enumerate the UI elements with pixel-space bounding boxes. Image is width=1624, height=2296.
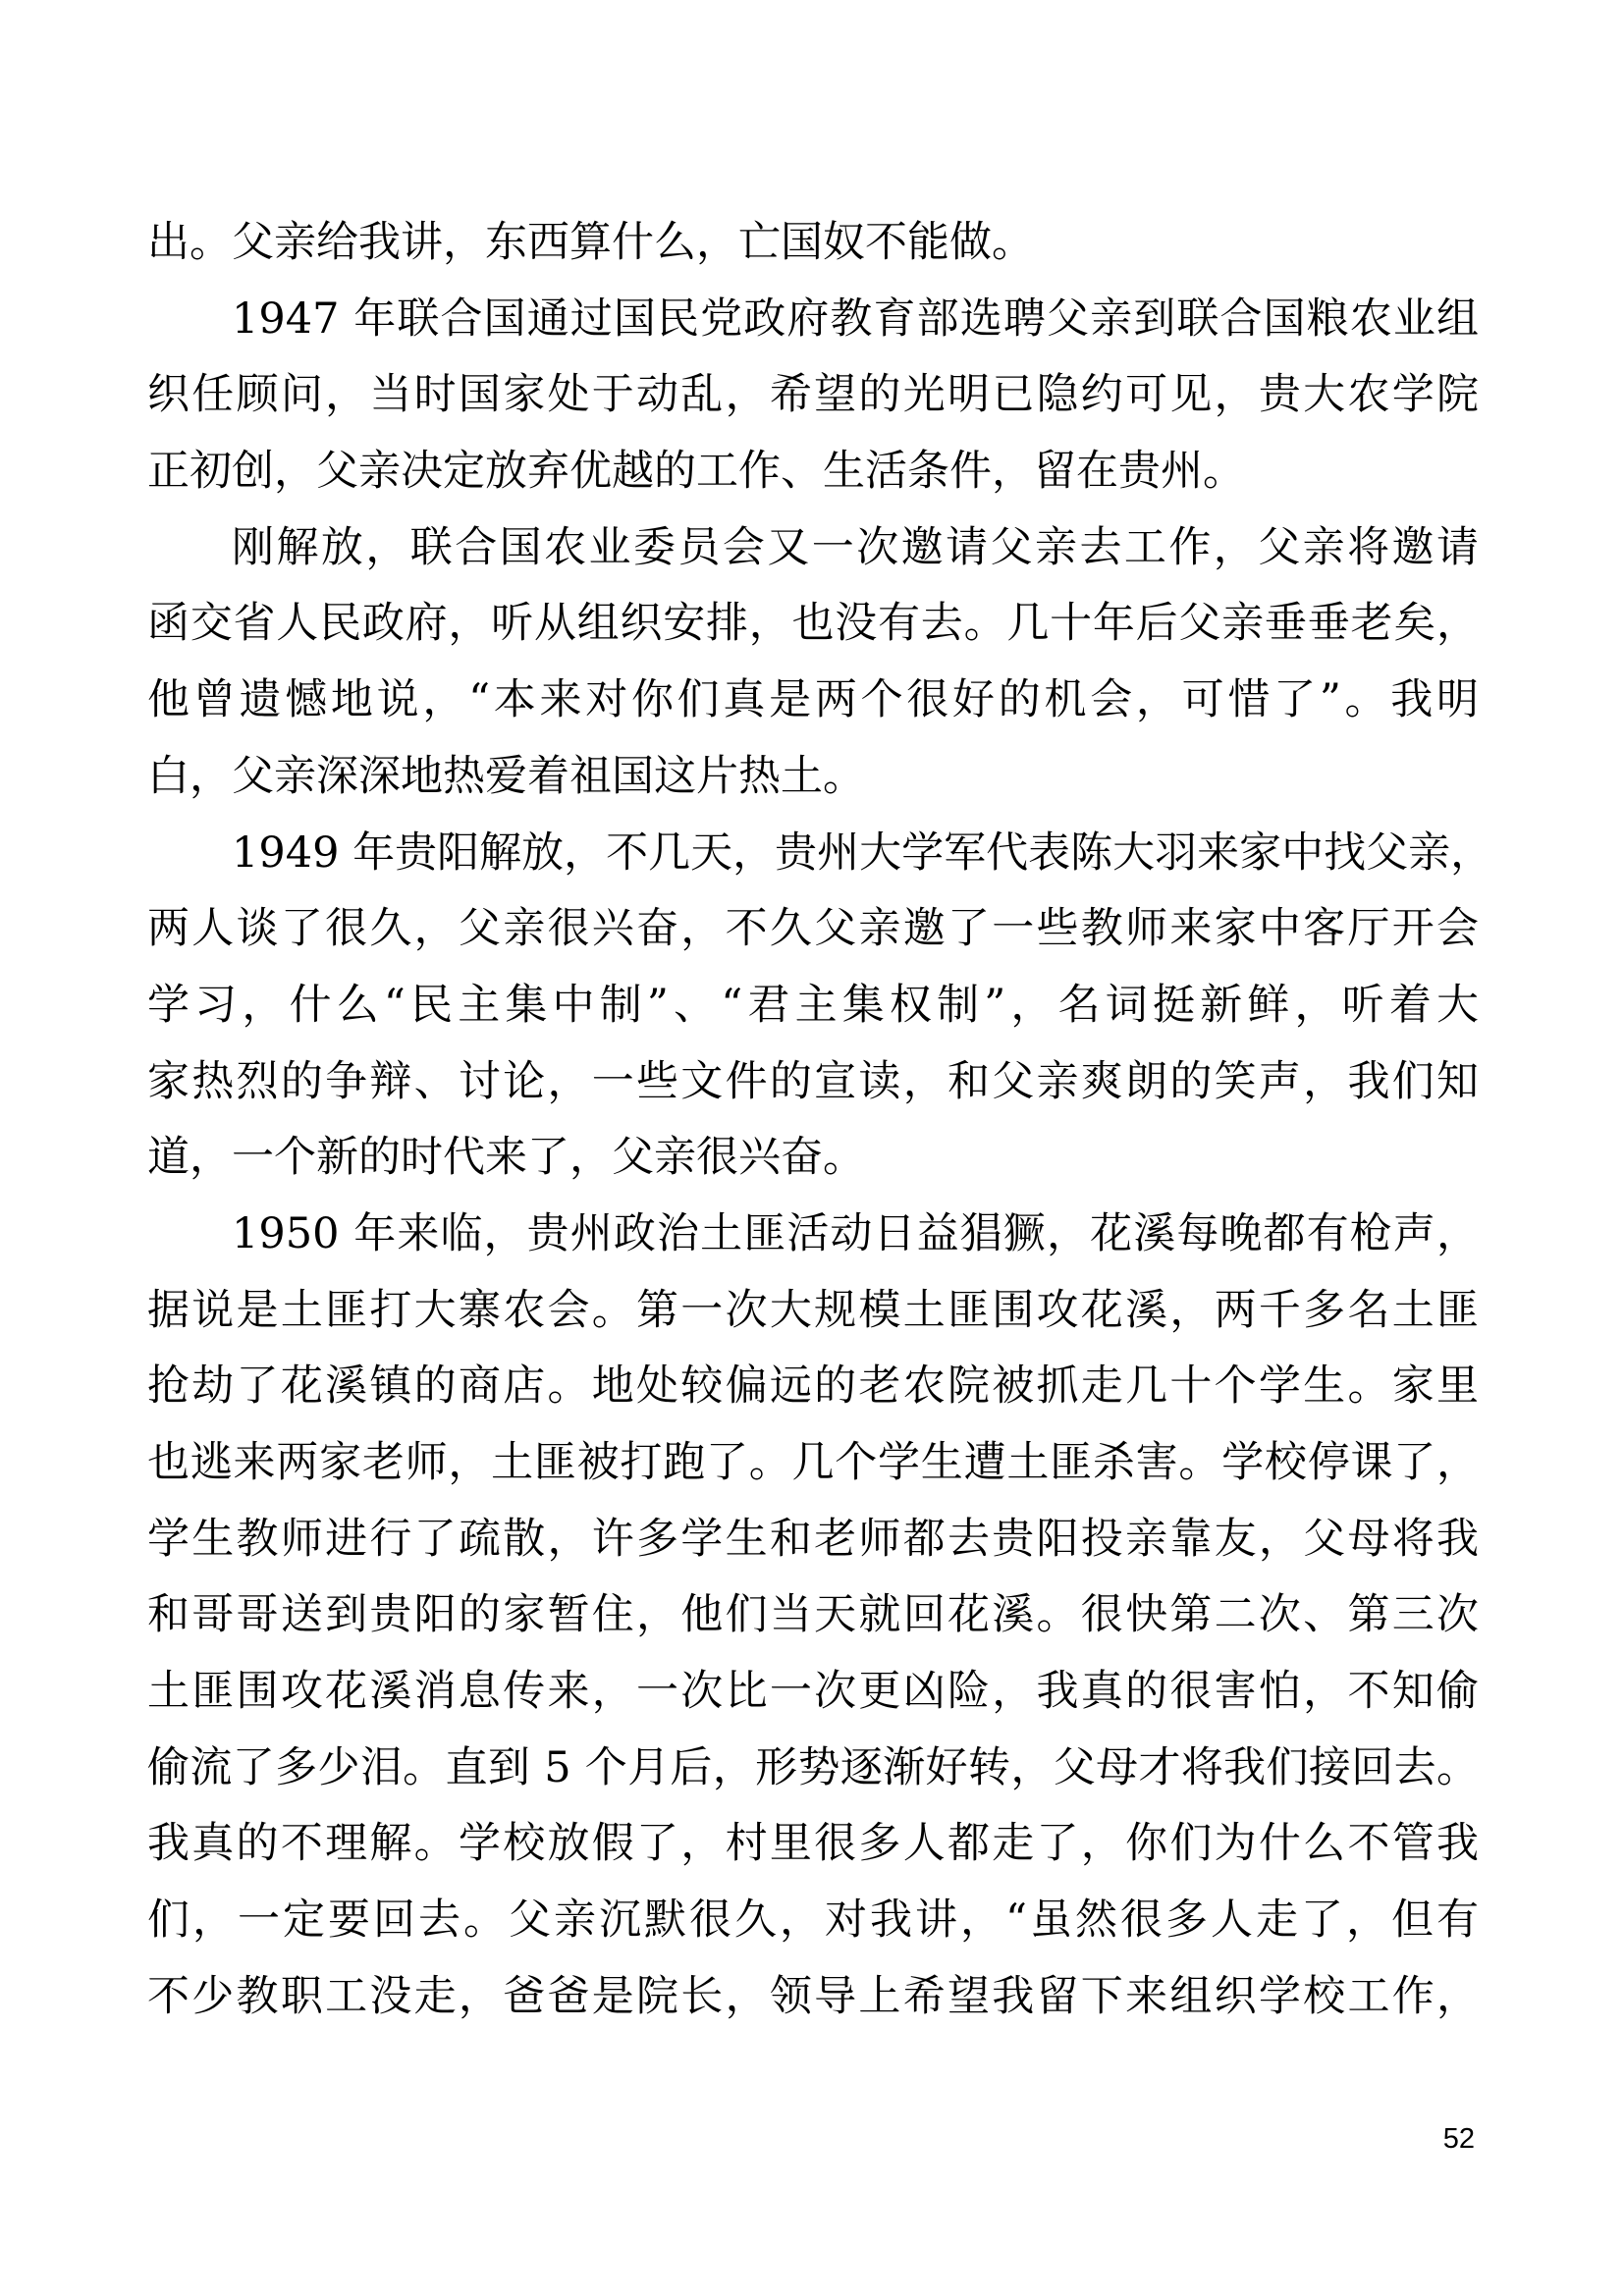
text-line: 学生教师进行了疏散，许多学生和老师都去贵阳投亲靠友，父母将我 bbox=[147, 1502, 1479, 1578]
document-page: 出。父亲给我讲，东西算什么，亡国奴不能做。1947 年联合国通过国民党政府教育部… bbox=[0, 0, 1624, 2296]
text-line: 学习，什么“民主集中制”、“君主集权制”，名词挺新鲜，听着大 bbox=[147, 968, 1479, 1044]
text-line: 刚解放，联合国农业委员会又一次邀请父亲去工作，父亲将邀请 bbox=[147, 510, 1479, 587]
text-line: 据说是土匪打大寨农会。第一次大规模土匪围攻花溪，两千多名土匪 bbox=[147, 1273, 1479, 1350]
text-line: 我真的不理解。学校放假了，村里很多人都走了，你们为什么不管我 bbox=[147, 1806, 1479, 1883]
page-footer: 52 bbox=[1278, 2123, 1475, 2156]
text-line: 偷流了多少泪。直到 5 个月后，形势逐渐好转，父母才将我们接回去。 bbox=[147, 1731, 1479, 1807]
text-line: 也逃来两家老师，土匪被打跑了。几个学生遭土匪杀害。学校停课了， bbox=[147, 1425, 1479, 1502]
text-line: 正初创，父亲决定放弃优越的工作、生活条件，留在贵州。 bbox=[147, 434, 1479, 510]
text-line: 不少教职工没走，爸爸是院长，领导上希望我留下来组织学校工作， bbox=[147, 1959, 1479, 2036]
text-line: 土匪围攻花溪消息传来，一次比一次更凶险，我真的很害怕，不知偷 bbox=[147, 1654, 1479, 1731]
text-line: 白，父亲深深地热爱着祖国这片热土。 bbox=[147, 739, 1479, 816]
text-line: 织任顾问，当时国家处于动乱，希望的光明已隐约可见，贵大农学院 bbox=[147, 357, 1479, 434]
text-line: 们，一定要回去。父亲沉默很久，对我讲，“虽然很多人走了，但有 bbox=[147, 1883, 1479, 1959]
text-line: 1950 年来临，贵州政治土匪活动日益猖獗，花溪每晚都有枪声， bbox=[147, 1197, 1479, 1273]
text-line: 出。父亲给我讲，东西算什么，亡国奴不能做。 bbox=[147, 205, 1479, 282]
text-line: 抢劫了花溪镇的商店。地处较偏远的老农院被抓走几十个学生。家里 bbox=[147, 1349, 1479, 1425]
page-number: 52 bbox=[1443, 2123, 1475, 2155]
text-line: 1947 年联合国通过国民党政府教育部选聘父亲到联合国粮农业组 bbox=[147, 282, 1479, 358]
text-line: 和哥哥送到贵阳的家暂住，他们当天就回花溪。很快第二次、第三次 bbox=[147, 1577, 1479, 1654]
text-line: 函交省人民政府，听从组织安排，也没有去。几十年后父亲垂垂老矣， bbox=[147, 586, 1479, 663]
text-line: 家热烈的争辩、讨论，一些文件的宣读，和父亲爽朗的笑声，我们知 bbox=[147, 1044, 1479, 1121]
text-line: 1949 年贵阳解放，不几天，贵州大学军代表陈大羽来家中找父亲， bbox=[147, 816, 1479, 892]
text-line: 道，一个新的时代来了，父亲很兴奋。 bbox=[147, 1120, 1479, 1197]
text-body: 出。父亲给我讲，东西算什么，亡国奴不能做。1947 年联合国通过国民党政府教育部… bbox=[147, 205, 1479, 2036]
text-line: 他曾遗憾地说，“本来对你们真是两个很好的机会，可惜了”。我明 bbox=[147, 663, 1479, 739]
text-line: 两人谈了很久，父亲很兴奋，不久父亲邀了一些教师来家中客厅开会 bbox=[147, 891, 1479, 968]
